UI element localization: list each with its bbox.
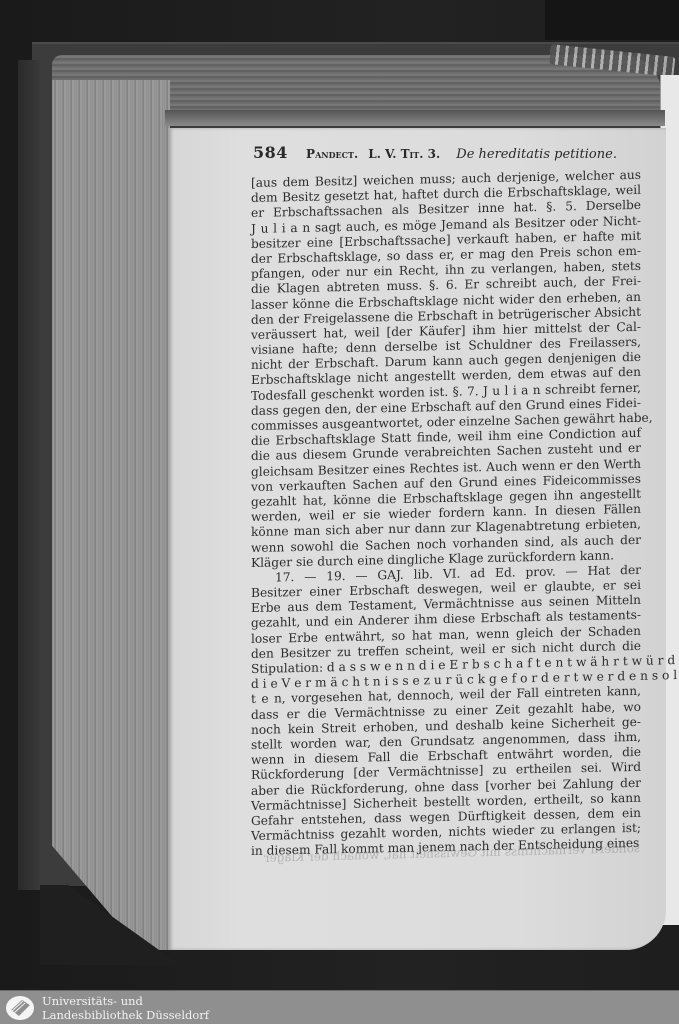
library-name-line2: Landesbibliothek Düsseldorf [42,1008,209,1022]
running-head: 584 Pandect. L. V. Tit. 3. De hereditati… [253,144,653,162]
running-head-location: L. V. Tit. 3. [368,147,440,161]
body-text: [aus dem Besitz] weichen muss; auch derj… [251,168,641,860]
page-top-shadow [165,110,665,126]
book-cradle [545,0,679,40]
library-logo-icon [4,994,36,1022]
book-cover-edge [18,60,40,890]
library-name: Universitäts- und Landesbibliothek Düsse… [42,994,209,1022]
running-head-title: De hereditatis petitione. [456,147,617,162]
page-number: 584 [253,143,288,162]
running-head-work: Pandect. [306,147,358,161]
footer-bar: Universitäts- und Landesbibliothek Düsse… [0,990,679,1024]
page-stack-side-edge [52,80,170,950]
library-name-line1: Universitäts- und [42,994,209,1008]
